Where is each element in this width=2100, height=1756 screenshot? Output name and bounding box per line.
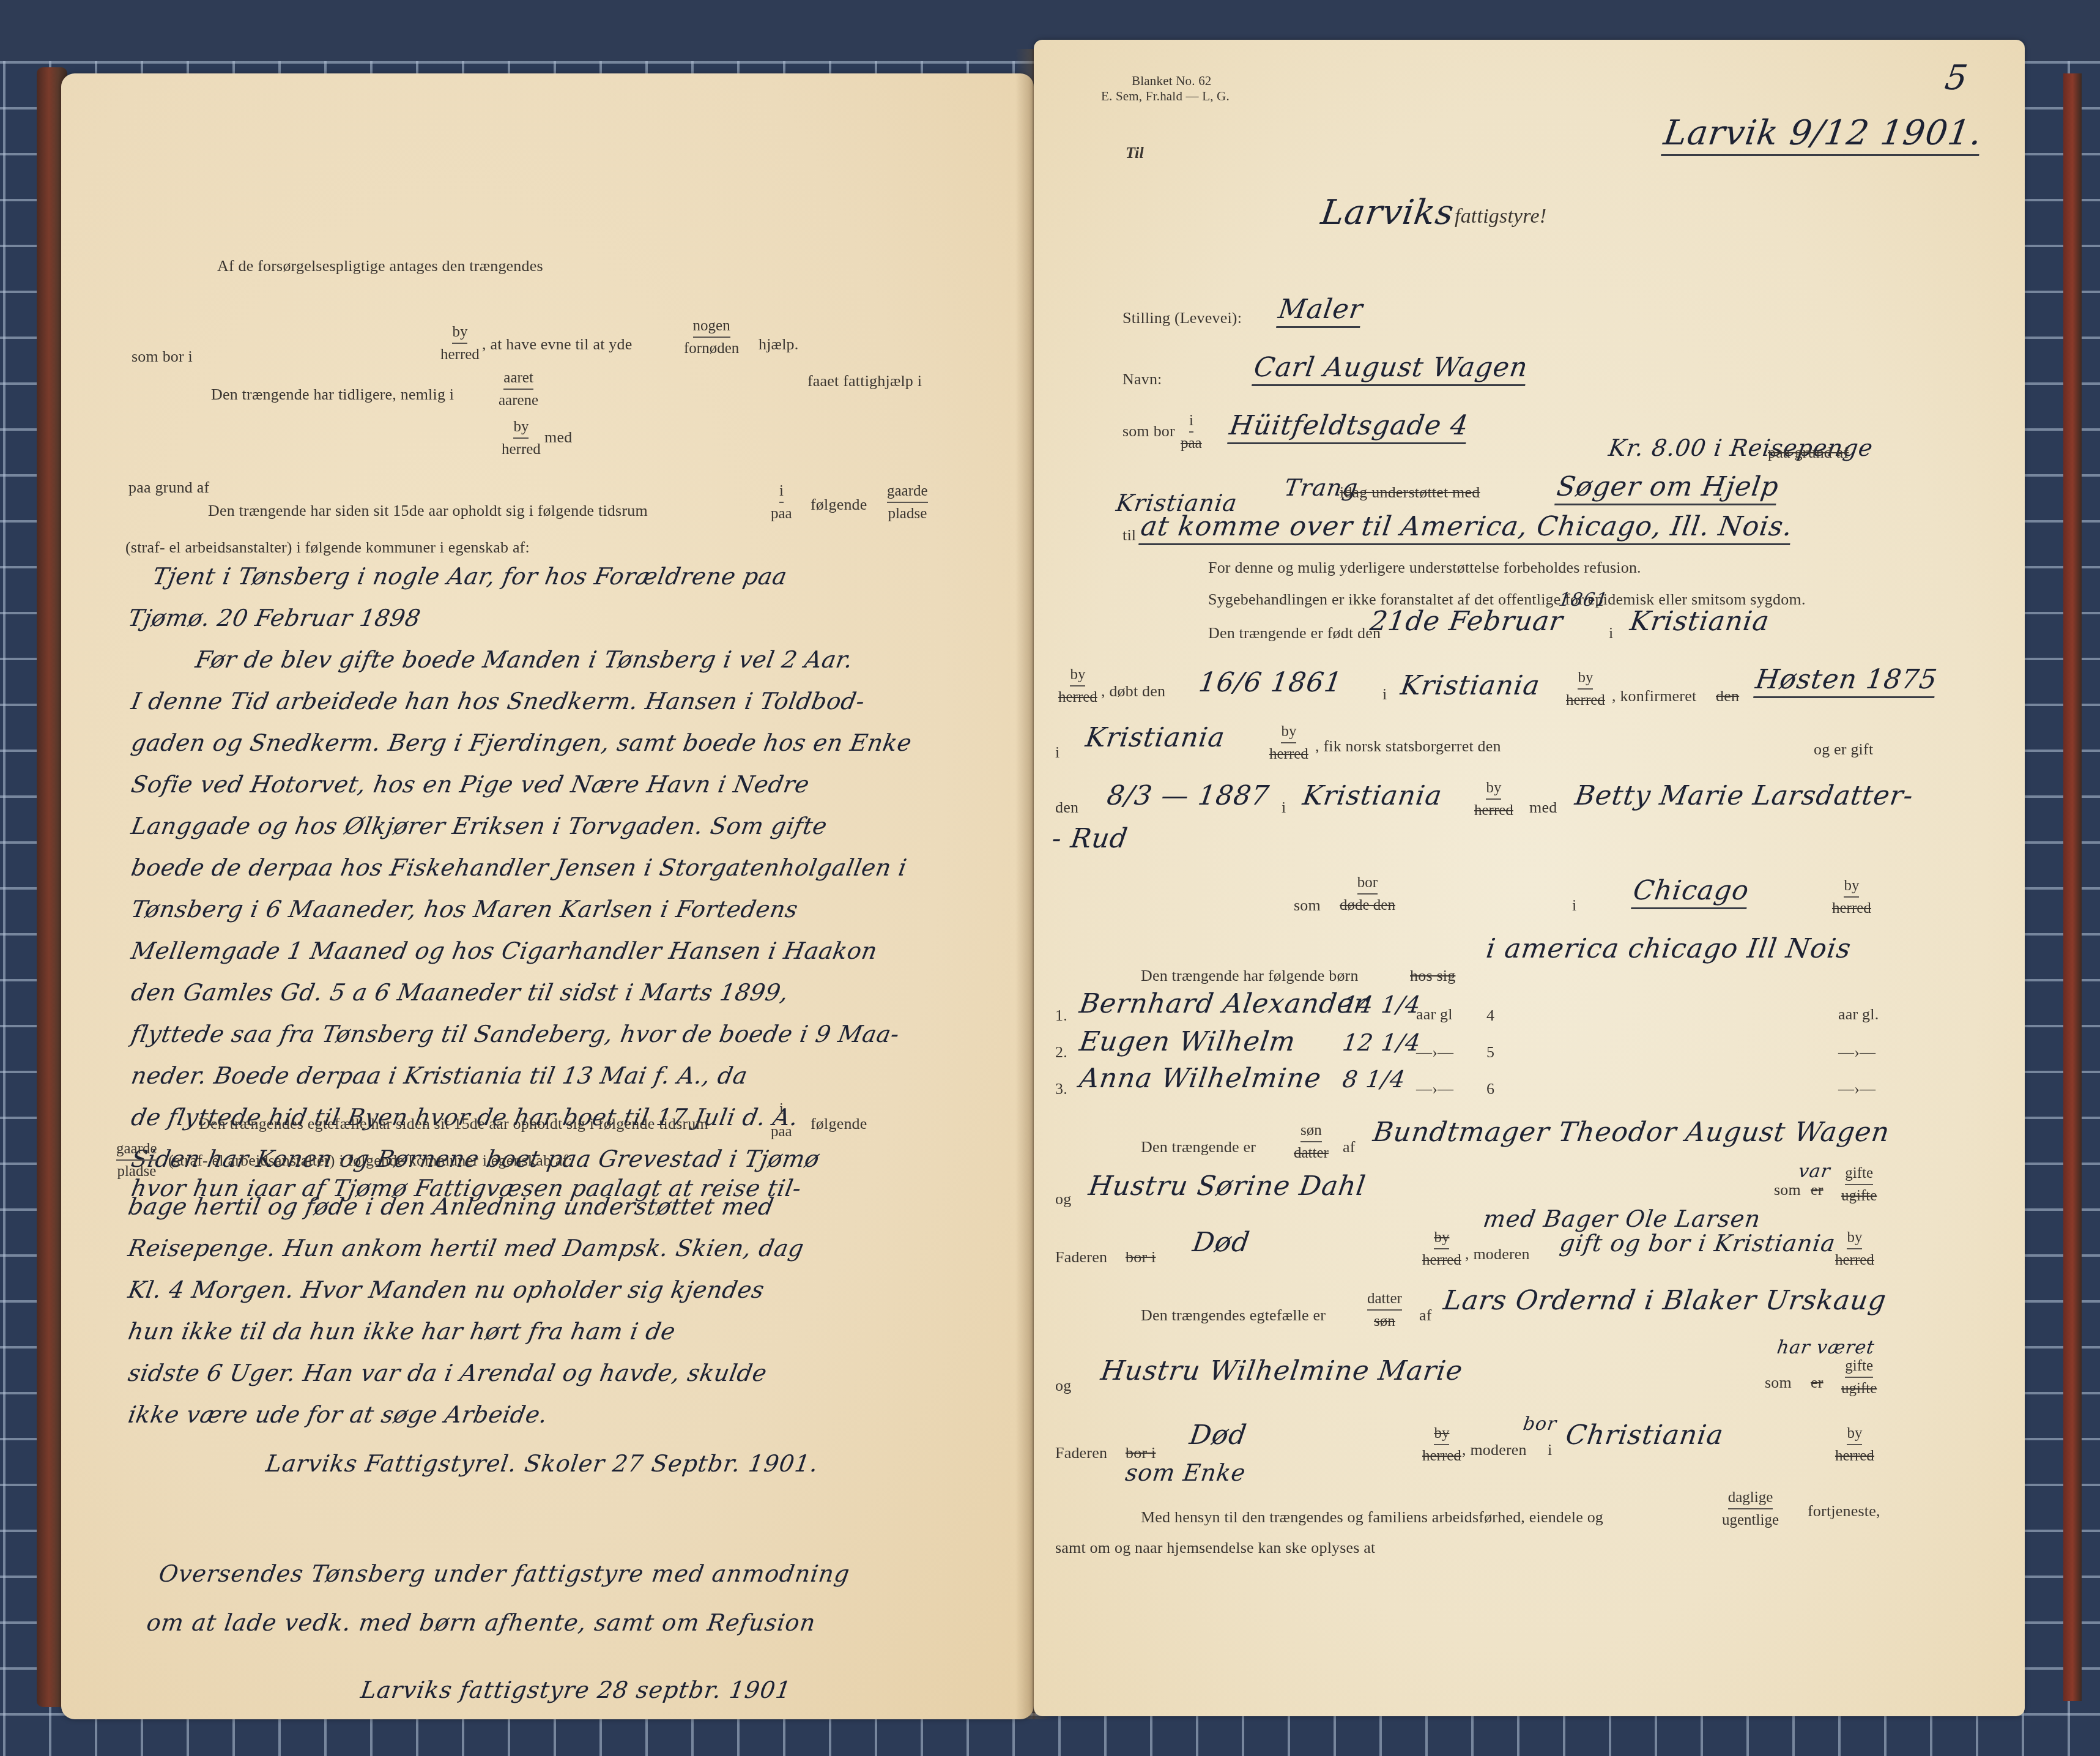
by-herred-fraction-8: by herred	[1422, 1426, 1461, 1464]
spouse-mother-place: Christiania	[1564, 1419, 1725, 1451]
i-paa-fraction: i paa	[1181, 413, 1202, 451]
gaarde-pladse-fraction-2: gaarde pladse	[116, 1141, 157, 1179]
med-text: med	[544, 428, 572, 447]
faderen-label: Faderen	[1055, 1248, 1107, 1267]
born-label: Den trængende har følgende børn	[1141, 967, 1359, 985]
hensyn-text: Med hensyn til den trængendes og familie…	[1141, 1508, 1603, 1527]
bor-dode-fraction: bor døde den	[1340, 875, 1395, 913]
moderen-label: , moderen	[1465, 1245, 1530, 1263]
i-text-3: i	[1055, 743, 1059, 762]
by-herred-fraction: by herred	[440, 324, 480, 362]
hand-line: Reisepenge. Hun ankom hertil med Dampsk.…	[126, 1235, 806, 1262]
gifte-ugifte-fraction-2: gifte ugifte	[1841, 1358, 1877, 1396]
spouse-name: Betty Marie Larsdatter-	[1573, 780, 1915, 811]
birth-year: 1861	[1557, 589, 1609, 611]
grund-af-struck: paa grund af	[1768, 444, 1849, 462]
hos-sig-struck: hos sig	[1410, 967, 1455, 985]
address-value: Hüitfeldtsgade 4	[1227, 410, 1471, 444]
birth-place: Kristiania	[1628, 606, 1771, 637]
hand-line: Før de blev gifte boede Manden i Tønsber…	[193, 646, 855, 673]
sogt-hjelp: Søger om Hjelp	[1554, 471, 1781, 505]
var-insert: var	[1797, 1161, 1832, 1182]
book-cover-right-edge	[2063, 73, 2082, 1701]
spouse-mother: Hustru Wilhelmine Marie	[1099, 1355, 1464, 1386]
by-herred-fraction: by herred	[1058, 667, 1097, 705]
i-text-6: i	[1548, 1441, 1552, 1459]
har-vaeret-insert: har været	[1776, 1337, 1876, 1358]
fortjeneste-text: fortjeneste,	[1808, 1502, 1880, 1520]
hand-line: Langgade og hos Ølkjører Eriksen i Torvg…	[129, 813, 829, 839]
hjaelp-text: hjælp.	[759, 335, 799, 354]
child-age: 12 1/4	[1341, 1029, 1423, 1056]
marriage-place: Kristiania	[1300, 780, 1444, 811]
child-age: 14 1/4	[1341, 991, 1423, 1018]
i-paa-fraction: i paa	[771, 483, 792, 521]
hand-line: neder. Boede derpaa i Kristiania til 13 …	[129, 1062, 749, 1089]
og-text-2: og	[1055, 1377, 1071, 1395]
af-text-2: af	[1419, 1306, 1432, 1325]
by-herred-fraction-9: by herred	[1835, 1426, 1874, 1464]
intro-text: Af de forsørgelsespligtige antages den t…	[217, 257, 543, 275]
navn-label: Navn:	[1122, 370, 1162, 389]
printer-line: E. Sem, Fr.hald — L, G.	[1101, 89, 1230, 104]
left-page: Af de forsørgelsespligtige antages den t…	[61, 73, 1034, 1719]
spouse-residence: Chicago	[1631, 875, 1751, 909]
paa-grund-af-text: paa grund af	[128, 478, 209, 497]
signature-1: Larviks Fattigstyrel. Skoler 27 Septbr. …	[264, 1450, 820, 1477]
konfirmeret-label: , konfirmeret	[1612, 687, 1696, 705]
gifte-ugifte-fraction: gifte ugifte	[1841, 1166, 1877, 1204]
daglige-ugentlige-fraction: daglige ugentlige	[1722, 1490, 1779, 1528]
hjemsendelse-text: samt om og naar hjemsendelse kan ske opl…	[1055, 1539, 1376, 1557]
right-page: Blanket No. 62 E. Sem, Fr.hald — L, G. 5…	[1034, 40, 2025, 1716]
baptized-place: Kristiania	[1398, 670, 1542, 701]
mother-status: gift og bor i Kristiania	[1558, 1230, 1838, 1257]
egtefaelle-ophold-text: Den trængendes egtefælle har siden sit 1…	[199, 1115, 708, 1133]
place-date: Larvik 9/12 1901.	[1661, 113, 1984, 156]
af-text: af	[1343, 1138, 1356, 1156]
ophold-text: Den trængende har siden sit 15de aar oph…	[208, 502, 648, 520]
datter-son-fraction: datter søn	[1367, 1291, 1402, 1329]
moderen-label-2: , moderen	[1462, 1441, 1527, 1459]
den-struck: den	[1716, 687, 1739, 705]
father-status: Død	[1190, 1227, 1252, 1258]
er-struck-2: er	[1811, 1374, 1824, 1392]
hand-line: flyttede saa fra Tønsberg til Sandeberg,…	[129, 1021, 902, 1047]
med-label: med	[1529, 798, 1557, 817]
anstalter-text-2: (straf- el arbeidsanstalter) i følgende …	[168, 1151, 573, 1170]
statsborger-label: , fik norsk statsborgerret den	[1315, 737, 1501, 756]
i-text-5: i	[1572, 896, 1576, 915]
hand-line: Kl. 4 Morgen. Hvor Manden nu opholder si…	[126, 1276, 766, 1303]
dobt-label: , døbt den	[1101, 682, 1165, 701]
by-herred-fraction-7: by herred	[1835, 1230, 1874, 1268]
hand-line: sidste 6 Uger. Han var da i Arendal og h…	[126, 1360, 769, 1386]
i-paa-fraction-2: i paa	[771, 1101, 792, 1139]
gaarde-pladse-fraction: gaarde pladse	[887, 483, 928, 521]
spouse-mother-status: som Enke	[1124, 1459, 1247, 1486]
evne-text: , at have evne til at yde	[482, 335, 632, 354]
addressee-printed: fattigstyre!	[1455, 205, 1546, 228]
hand-line: gaden og Snedkerm. Berg i Fjerdingen, sa…	[129, 729, 914, 756]
i-text-4: i	[1282, 798, 1286, 817]
by-herred-fraction-2: by herred	[502, 419, 541, 457]
navn-value: Carl August Wagen	[1252, 352, 1530, 386]
som-er-label: som	[1774, 1181, 1801, 1199]
confirmed-value: Høsten 1875	[1753, 664, 1939, 698]
birth-date: 21de Februar	[1368, 606, 1565, 637]
forwarding-note-line-1: Oversendes Tønsberg under fattigstyre me…	[157, 1560, 852, 1587]
stilling-label: Stilling (Levevei):	[1122, 309, 1242, 327]
blanket-number: Blanket No. 62	[1132, 73, 1212, 89]
hand-line: I denne Tid arbeidede han hos Snedkerm. …	[129, 688, 867, 715]
nogen-fornoden-fraction: nogen fornøden	[684, 318, 739, 356]
hand-line: Tjent i Tønsberg i nogle Aar, for hos Fo…	[150, 563, 789, 590]
hand-line: hun ikke til da hun ikke har hørt fra ha…	[126, 1318, 678, 1345]
som-bor-label: som bor	[1122, 422, 1175, 441]
i-text: i	[1609, 624, 1613, 642]
til-value: at komme over til America, Chicago, Ill.…	[1138, 511, 1795, 545]
og-text: og	[1055, 1190, 1071, 1208]
aaret-aarene-fraction: aaret aarene	[499, 370, 538, 408]
by-herred-fraction-5: by herred	[1832, 878, 1871, 916]
bor-insert: bor	[1522, 1413, 1559, 1435]
refusion-text: For denne og mulig yderligere understøtt…	[1208, 559, 1641, 577]
stilling-value: Maler	[1276, 294, 1365, 328]
fodt-label: Den trængende er født den	[1208, 624, 1381, 642]
folgende-text-2: følgende	[811, 1115, 867, 1133]
hand-line: Tønsberg i 6 Maaneder, hos Maren Karlsen…	[129, 896, 800, 923]
baptized-date: 16/6 1861	[1197, 667, 1344, 698]
forwarding-note-line-2: om at lade vedk. med børn afhente, samt …	[145, 1609, 817, 1636]
gift-label: og er gift	[1814, 740, 1873, 759]
egtefaelle-label: Den trængendes egtefælle er	[1141, 1306, 1326, 1325]
marriage-date: 8/3 — 1887	[1105, 780, 1271, 811]
father-name: Bundtmager Theodor August Wagen	[1371, 1117, 1891, 1148]
by-herred-fraction-6: by herred	[1422, 1230, 1461, 1268]
hand-line: boede de derpaa hos Fiskehandler Jensen …	[129, 854, 909, 881]
faderen-label-2: Faderen	[1055, 1444, 1107, 1462]
child-name: Eugen Wilhelm	[1077, 1026, 1297, 1057]
faaet-text: faaet fattighjælp i	[807, 372, 922, 390]
page-number: 5	[1942, 58, 1970, 98]
i-text-2: i	[1382, 685, 1387, 704]
spouse-father-status: Død	[1187, 1419, 1248, 1451]
son-label: Den trængende er	[1141, 1138, 1256, 1156]
anstalter-text: (straf- el arbeidsanstalter) i følgende …	[125, 538, 530, 557]
spouse-father: Lars Ordernd i Blaker Urskaug	[1441, 1285, 1888, 1316]
tidligere-text: Den trængende har tidligere, nemlig i	[211, 385, 454, 404]
hand-line: Tjømø. 20 Februar 1898	[126, 605, 423, 631]
hand-line: Sofie ved Hotorvet, hos en Pige ved Nære…	[129, 771, 811, 798]
til-label: Til	[1126, 144, 1144, 162]
hand-line: den Gamles Gd. 5 a 6 Maaneder til sidst …	[129, 979, 790, 1006]
hand-line: Mellemgade 1 Maaned og hos Cigarhandler …	[129, 937, 879, 964]
child-age: 8 1/4	[1341, 1066, 1408, 1093]
er-struck: er	[1811, 1181, 1824, 1199]
som-label-2: som	[1765, 1374, 1792, 1392]
understottet-struck: idag understøttet med	[1340, 483, 1480, 502]
by-herred-fraction-3: by herred	[1269, 724, 1308, 762]
son-datter-fraction: søn datter	[1294, 1123, 1329, 1161]
mother-name: Hustru Sørine Dahl	[1086, 1170, 1368, 1202]
hand-line: bage hertil og føde i den Anledning unde…	[126, 1193, 776, 1220]
children-location: i america chicago Ill Nois	[1484, 933, 1853, 964]
mother-note: med Bager Ole Larsen	[1482, 1205, 1762, 1232]
til-field-label: til	[1122, 526, 1136, 545]
child-name: Anna Wilhelmine	[1077, 1063, 1323, 1094]
confirmed-place: Kristiania	[1083, 722, 1226, 753]
by-herred-fraction-2: by herred	[1566, 670, 1605, 708]
spouse-name-cont: - Rud	[1050, 823, 1130, 854]
som-label: som	[1294, 896, 1321, 915]
den-label: den	[1055, 798, 1078, 817]
hand-line: ikke være ude for at søge Arbeide.	[126, 1401, 550, 1428]
by-herred-fraction-4: by herred	[1474, 780, 1513, 818]
bor-i-struck: bor i	[1126, 1248, 1156, 1267]
folgende-text: følgende	[811, 496, 867, 514]
signature-2: Larviks fattigstyre 28 septbr. 1901	[359, 1676, 793, 1703]
addressee: Larviks	[1318, 193, 1456, 233]
som-bor-label: som bor i	[132, 348, 193, 366]
child-name: Bernhard Alexander	[1077, 988, 1369, 1019]
